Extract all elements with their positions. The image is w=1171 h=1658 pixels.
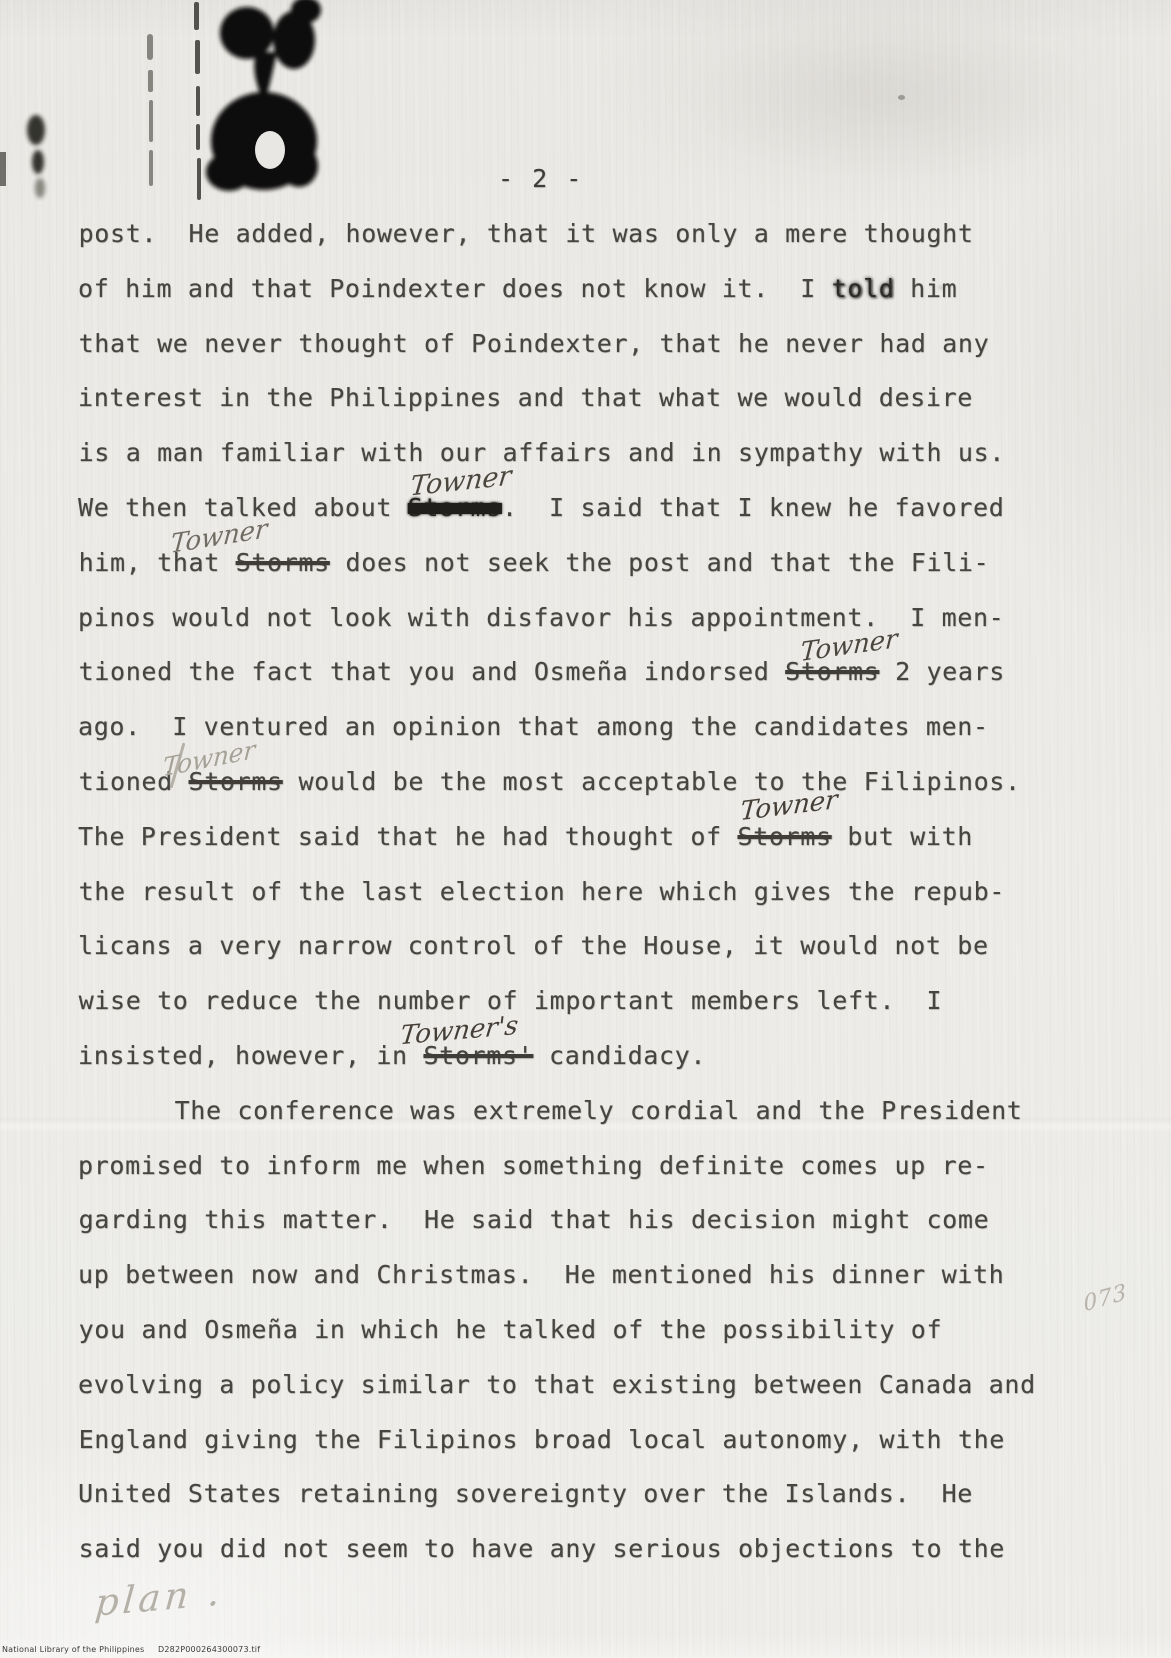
- typed-text-segment: post. He added, however, that it was onl…: [79, 219, 974, 248]
- footer-library-label: National Library of the Philippines: [2, 1645, 144, 1654]
- typed-line: of him and that Poindexter does not know…: [78, 262, 1098, 317]
- typed-text-segment: evolving a policy similar to that existi…: [78, 1370, 1036, 1399]
- typed-line: tioned the fact that you and Osmeña indo…: [79, 645, 1099, 700]
- typed-text-segment: tioned the fact that you and Osmeña indo…: [79, 657, 786, 686]
- typed-line: England giving the Filipinos broad local…: [79, 1413, 1099, 1468]
- typed-text-segment: interest in the Philippines and that wha…: [78, 383, 973, 412]
- typed-text-segment: the result of the last election here whi…: [79, 877, 1005, 906]
- typed-text-segment: insisted, however, in: [78, 1041, 423, 1070]
- typed-word-smudge: told: [832, 274, 895, 303]
- page-number: - 2 -: [498, 152, 583, 207]
- typed-text-segment: him: [894, 274, 957, 303]
- typed-line: insisted, however, in Storms' candidacy.: [78, 1029, 1098, 1084]
- typed-text-segment: garding this matter. He said that his de…: [79, 1205, 990, 1234]
- typed-line: post. He added, however, that it was onl…: [79, 207, 1099, 262]
- typed-text-segment: candidacy.: [533, 1041, 706, 1070]
- typed-word-strike: Storms: [236, 548, 330, 577]
- typed-line: licans a very narrow control of the Hous…: [78, 919, 1098, 974]
- typed-text-segment: 2 years: [879, 657, 1005, 686]
- typed-line: garding this matter. He said that his de…: [79, 1193, 1099, 1248]
- typed-text-segment: . I said that I knew he favored: [502, 493, 1004, 522]
- typed-line: him, that Storms does not seek the post …: [79, 536, 1099, 591]
- paper-speck: [898, 95, 905, 100]
- typed-word-strike: Storms: [785, 657, 879, 686]
- handwritten-word-plan: plan .: [93, 1570, 225, 1625]
- typed-text-segment: but with: [832, 822, 973, 851]
- typed-text-segment: that we never thought of Poindexter, tha…: [79, 329, 990, 358]
- typed-line: promised to inform me when something def…: [78, 1139, 1098, 1194]
- typed-line: said you did not seem to have any seriou…: [79, 1522, 1099, 1577]
- typed-line: United States retaining sovereignty over…: [78, 1467, 1098, 1522]
- typed-text-segment: ago. I ventured an opinion that among th…: [78, 712, 989, 741]
- typed-text-segment: said you did not seem to have any seriou…: [79, 1534, 1005, 1563]
- typed-word-strike: Storms: [737, 822, 831, 851]
- typed-text-segment: up between now and Christmas. He mention…: [78, 1260, 1004, 1289]
- typed-text-segment: United States retaining sovereignty over…: [78, 1479, 973, 1508]
- typed-word-strike: Storms': [423, 1041, 533, 1070]
- typed-line: evolving a policy similar to that existi…: [78, 1358, 1098, 1413]
- typed-text-segment: We then talked about: [78, 493, 408, 522]
- typed-line: We then talked about Storms. I said that…: [78, 481, 1098, 536]
- typed-line: The conference was extremely cordial and…: [79, 1084, 1099, 1139]
- typed-line: the result of the last election here whi…: [79, 865, 1099, 920]
- typed-text-segment: pinos would not look with disfavor his a…: [78, 603, 1004, 632]
- typed-text-segment: you and Osmeña in which he talked of the…: [79, 1315, 943, 1344]
- typed-text-segment: him, that: [79, 548, 236, 577]
- typed-text-segment: wise to reduce the number of important m…: [79, 986, 943, 1015]
- ink-blot-stain: [0, 0, 360, 230]
- typed-line: is a man familiar with our affairs and i…: [79, 426, 1099, 481]
- typed-text-segment: England giving the Filipinos broad local…: [79, 1425, 1005, 1454]
- typed-line: up between now and Christmas. He mention…: [78, 1248, 1098, 1303]
- typed-line: that we never thought of Poindexter, tha…: [79, 317, 1099, 372]
- typed-line: pinos would not look with disfavor his a…: [78, 591, 1098, 646]
- typed-text-body: post. He added, however, that it was onl…: [78, 207, 1098, 1577]
- footer-filename-label: D282P000264300073.tif: [158, 1645, 260, 1654]
- typed-text-segment: of him and that Poindexter does not know…: [78, 274, 832, 303]
- typed-text-segment: The conference was extremely cordial and…: [175, 1096, 1023, 1125]
- typed-line: tioned Storms would be the most acceptab…: [79, 755, 1099, 810]
- typed-line: The President said that he had thought o…: [78, 810, 1098, 865]
- typed-text-segment: The President said that he had thought o…: [78, 822, 737, 851]
- typed-text-segment: would be the most acceptable to the Fili…: [283, 767, 1021, 796]
- typed-line: ago. I ventured an opinion that among th…: [78, 700, 1098, 755]
- typed-text-segment: promised to inform me when something def…: [78, 1151, 989, 1180]
- typed-text-segment: is a man familiar with our affairs and i…: [79, 438, 1005, 467]
- typed-line: wise to reduce the number of important m…: [79, 974, 1099, 1029]
- typed-text-segment: licans a very narrow control of the Hous…: [78, 931, 989, 960]
- scan-footer: National Library of the Philippines D282…: [0, 1634, 1171, 1658]
- typed-text-segment: does not seek the post and that the Fili…: [330, 548, 989, 577]
- document-page: - 2 - post. He added, however, that it w…: [0, 0, 1171, 1658]
- typed-word-strike: Storms: [189, 767, 283, 796]
- typed-line: you and Osmeña in which he talked of the…: [79, 1303, 1099, 1358]
- typed-line: interest in the Philippines and that wha…: [78, 371, 1098, 426]
- typed-word-strike-heavy: Storms: [408, 493, 502, 522]
